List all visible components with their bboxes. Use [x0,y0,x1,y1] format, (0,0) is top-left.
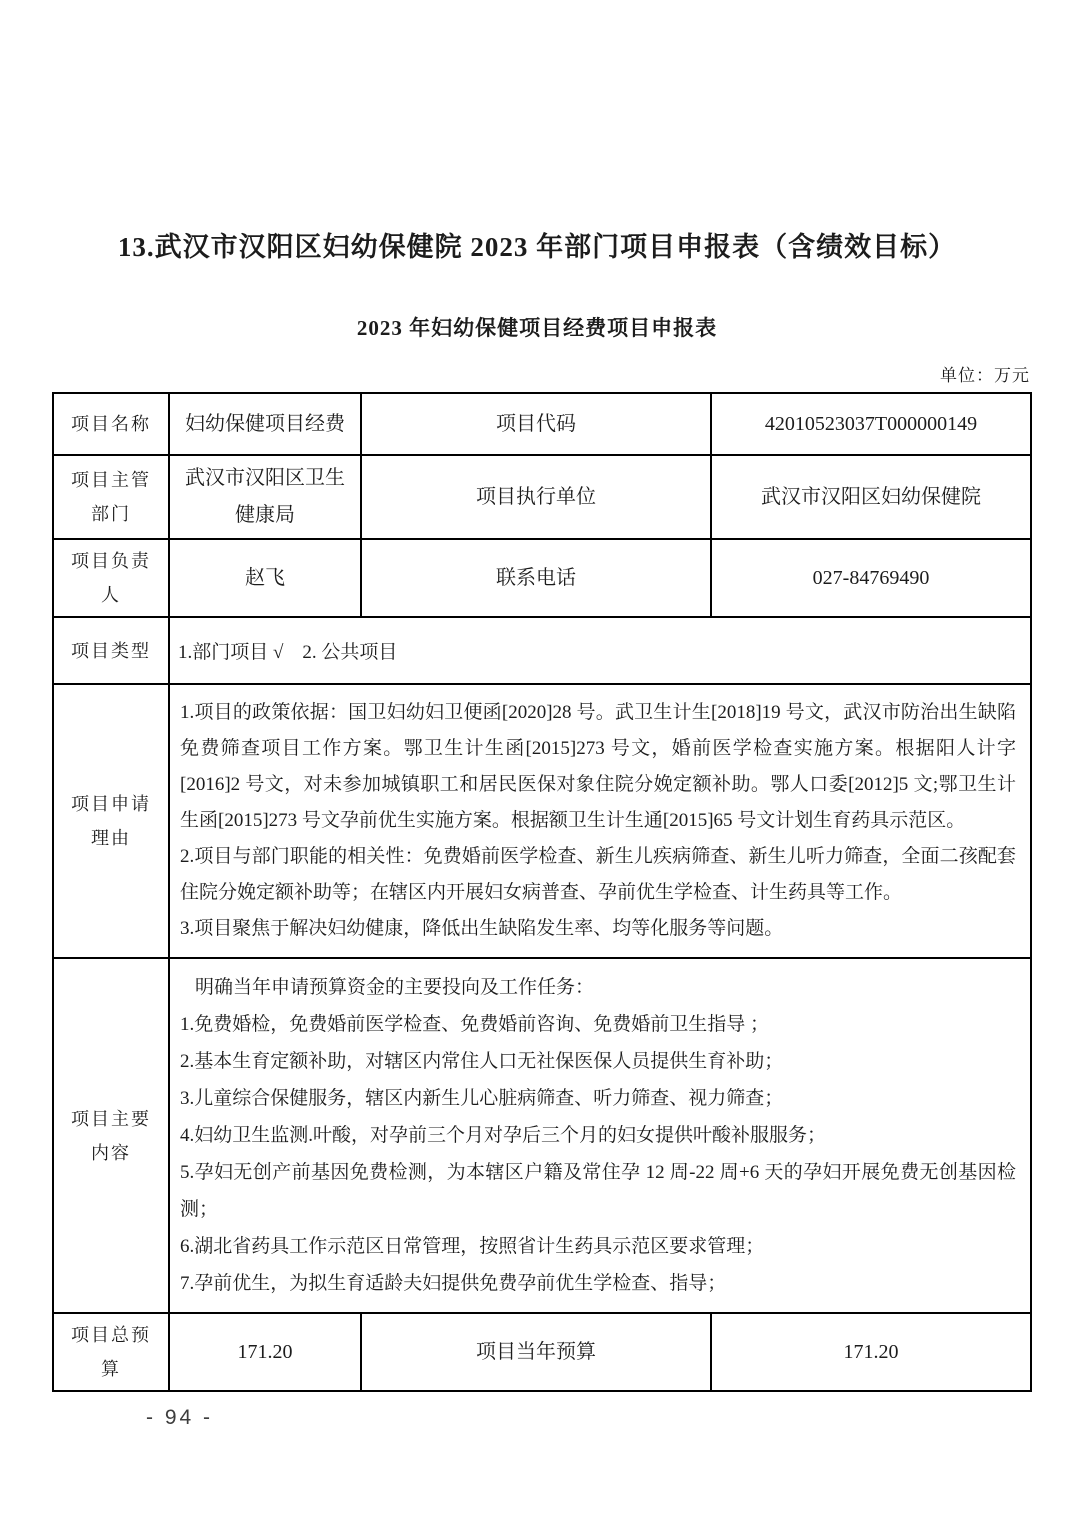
table-row-department: 项目主管部门 武汉市汉阳区卫生健康局 项目执行单位 武汉市汉阳区妇幼保健院 [53,455,1031,539]
project-leader-value: 赵飞 [169,539,361,617]
unit-label: 单位：万元 [940,361,1030,386]
project-type-label: 项目类型 [53,617,169,684]
paragraph: 3.项目聚焦于解决妇幼健康，降低出生缺陷发生率、均等化服务等问题。 [180,911,1016,947]
application-reason-label: 项目申请理由 [53,684,169,958]
paragraph: 2.项目与部门职能的相关性：免费婚前医学检查、新生儿疾病筛查、新生儿听力筛查，全… [180,839,1016,911]
contact-phone-value: 027-84769490 [711,539,1031,617]
table-row-budget: 项目总预算 171.20 项目当年预算 171.20 [53,1313,1031,1391]
table-row-project-name: 项目名称 妇幼保健项目经费 项目代码 42010523037T000000149 [53,393,1031,455]
paragraph: 2.基本生育定额补助，对辖区内常住人口无社保医保人员提供生育补助； [180,1043,1016,1080]
application-reason-text: 1.项目的政策依据：国卫妇幼妇卫便函[2020]28 号。武卫生计生[2018]… [169,684,1031,958]
paragraph: 7.孕前优生，为拟生育适龄夫妇提供免费孕前优生学检查、指导； [180,1265,1016,1302]
total-budget-label: 项目总预算 [53,1313,169,1391]
project-name-value: 妇幼保健项目经费 [169,393,361,455]
main-content-paragraphs: 明确当年申请预算资金的主要投向及工作任务：1.免费婚检，免费婚前医学检查、免费婚… [180,969,1016,1302]
project-type-value: 1.部门项目 √ 2. 公共项目 [169,617,1031,684]
executing-unit-value: 武汉市汉阳区妇幼保健院 [711,455,1031,539]
current-year-budget-value: 171.20 [711,1313,1031,1391]
paragraph: 3.儿童综合保健服务，辖区内新生儿心脏病筛查、听力筛查、视力筛查； [180,1080,1016,1117]
table-row-project-type: 项目类型 1.部门项目 √ 2. 公共项目 [53,617,1031,684]
document-subtitle: 2023 年妇幼保健项目经费项目申报表 [0,312,1074,342]
paragraph: 1.项目的政策依据：国卫妇幼妇卫便函[2020]28 号。武卫生计生[2018]… [180,695,1016,839]
project-name-label: 项目名称 [53,393,169,455]
main-content-label: 项目主要内容 [53,958,169,1313]
paragraph: 1.免费婚检，免费婚前医学检查、免费婚前咨询、免费婚前卫生指导 ； [180,1006,1016,1043]
paragraph: 5.孕妇无创产前基因免费检测，为本辖区户籍及常住孕 12 周-22 周+6 天的… [180,1154,1016,1228]
supervising-department-value: 武汉市汉阳区卫生健康局 [169,455,361,539]
paragraph: 6.湖北省药具工作示范区日常管理，按照省计生药具示范区要求管理； [180,1228,1016,1265]
table-row-main-content: 项目主要内容 明确当年申请预算资金的主要投向及工作任务：1.免费婚检，免费婚前医… [53,958,1031,1313]
project-code-value: 42010523037T000000149 [711,393,1031,455]
supervising-department-label: 项目主管部门 [53,455,169,539]
document-page: 13.武汉市汉阳区妇幼保健院 2023 年部门项目申报表（含绩效目标） 2023… [0,0,1074,1520]
paragraph: 明确当年申请预算资金的主要投向及工作任务： [180,969,1016,1006]
executing-unit-label: 项目执行单位 [361,455,711,539]
table-row-application-reason: 项目申请理由 1.项目的政策依据：国卫妇幼妇卫便函[2020]28 号。武卫生计… [53,684,1031,958]
project-code-label: 项目代码 [361,393,711,455]
page-number: - 94 - [146,1406,213,1430]
current-year-budget-label: 项目当年预算 [361,1313,711,1391]
paragraph: 4.妇幼卫生监测.叶酸，对孕前三个月对孕后三个月的妇女提供叶酸补服服务； [180,1117,1016,1154]
main-content-text: 明确当年申请预算资金的主要投向及工作任务：1.免费婚检，免费婚前医学检查、免费婚… [169,958,1031,1313]
total-budget-value: 171.20 [169,1313,361,1391]
project-application-table: 项目名称 妇幼保健项目经费 项目代码 42010523037T000000149… [52,392,1032,1392]
contact-phone-label: 联系电话 [361,539,711,617]
document-title: 13.武汉市汉阳区妇幼保健院 2023 年部门项目申报表（含绩效目标） [117,226,957,268]
table-row-leader: 项目负责人 赵飞 联系电话 027-84769490 [53,539,1031,617]
application-reason-paragraphs: 1.项目的政策依据：国卫妇幼妇卫便函[2020]28 号。武卫生计生[2018]… [180,695,1016,947]
project-leader-label: 项目负责人 [53,539,169,617]
